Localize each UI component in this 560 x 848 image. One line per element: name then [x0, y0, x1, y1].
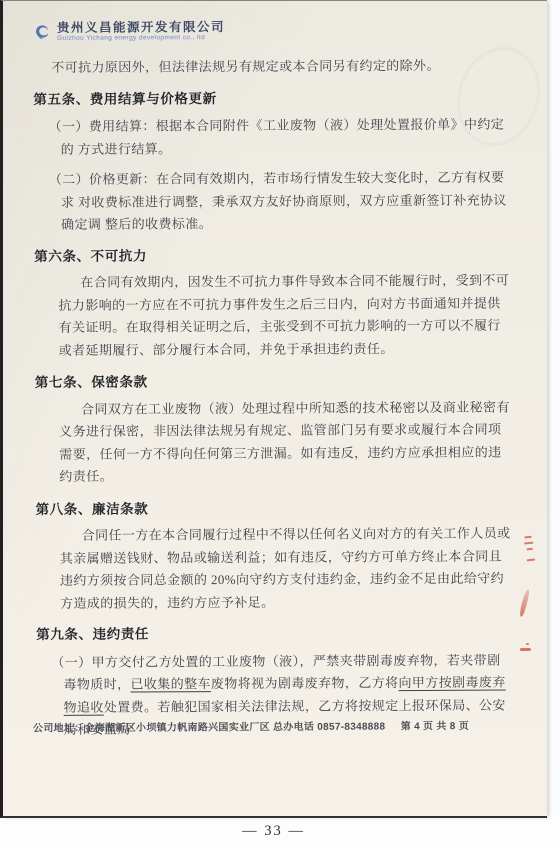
- company-name-en: Guizhou Yichang energy development co., …: [57, 34, 225, 43]
- clause-5-heading: 第五条、费用结算与价格更新: [33, 86, 509, 111]
- company-address: 公司地址：金海湖新区小坝镇力帆南路兴国实业厂区 总办电话 0857-834888…: [33, 718, 385, 735]
- clause-7-paragraph: 合同双方在工业废物（液）处理过程中所知悉的技术秘密以及商业秘密有义务进行保密，非…: [59, 396, 511, 488]
- company-name-block: 贵州义昌能源开发有限公司 Guizhou Yichang energy deve…: [57, 20, 225, 43]
- company-name-cn: 贵州义昌能源开发有限公司: [57, 20, 225, 35]
- clause-7-heading: 第七条、保密条款: [35, 370, 511, 395]
- clause-9-heading: 第九条、违约责任: [36, 621, 512, 646]
- continuation-line: 不可抗力原因外，但法律法规另有规定或本合同另有约定的除外。: [51, 55, 509, 80]
- page-content: 贵州义昌能源开发有限公司 Guizhou Yichang energy deve…: [3, 0, 551, 742]
- clause-9-text-segment: 废物将视为剧毒废弃物，乙方将: [211, 675, 399, 691]
- clause-6-heading: 第六条、不可抗力: [34, 243, 510, 268]
- company-letterhead: 贵州义昌能源开发有限公司 Guizhou Yichang energy deve…: [33, 19, 509, 51]
- company-swirl-logo-icon: [33, 23, 52, 50]
- red-ink-mark: [520, 648, 531, 651]
- clause-8-paragraph: 合同任一方在本合同履行过程中不得以任何名义向对方的有关工作人员或其亲属赠送钱财、…: [60, 523, 512, 615]
- scan-background: 贵州义昌能源开发有限公司 Guizhou Yichang energy deve…: [0, 0, 560, 848]
- document-page-number: — 33 —: [0, 823, 547, 840]
- clause-6-paragraph: 在合同有效期内，因发生不可抗力事件导致本合同不能履行时，受到不可抗力影响的一方应…: [58, 270, 510, 362]
- page-info: 第 4 页 共 8 页: [401, 717, 469, 732]
- clause-8-heading: 第八条、廉洁条款: [36, 496, 512, 521]
- underlined-text: 已收集的整车: [130, 676, 210, 691]
- contract-scan-page: 贵州义昌能源开发有限公司 Guizhou Yichang energy deve…: [0, 0, 547, 818]
- page-footer: 公司地址：金海湖新区小坝镇力帆南路兴国实业厂区 总办电话 0857-834888…: [33, 717, 547, 735]
- clause-5-item-1: （一）费用结算：根据本合同附件《工业废物（液）处理处置报价单》中约定的 方式进行…: [60, 114, 509, 161]
- clause-5-item-2: （二）价格更新：在合同有效期内，若市场行情发生较大变化时，乙方有权要求 对收费标…: [61, 167, 510, 237]
